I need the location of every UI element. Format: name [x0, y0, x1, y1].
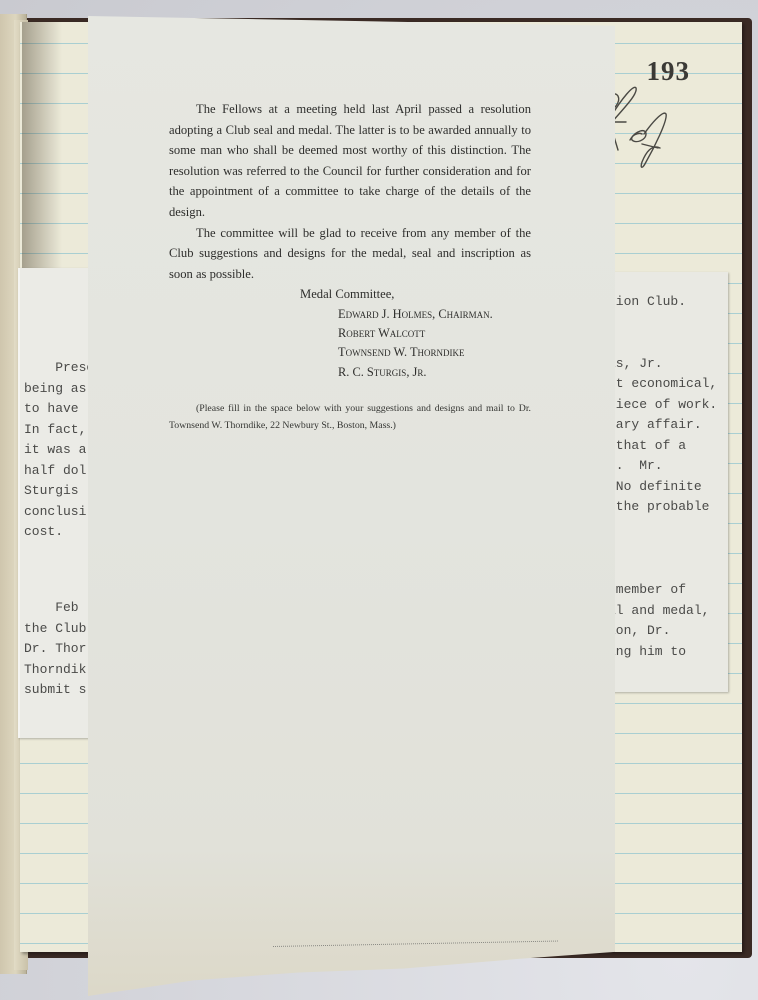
signatory: R. C. Sturgis, Jr.: [338, 363, 531, 382]
signatory: Townsend W. Thorndike: [338, 343, 531, 362]
typed-text-right-2: member of al and medal, ion, Dr. ing him…: [608, 580, 709, 662]
dotted-fill-line: [273, 941, 558, 947]
printed-notice: The Fellows at a meeting held last April…: [88, 16, 615, 996]
notice-body: The Fellows at a meeting held last April…: [169, 99, 531, 435]
typed-text-right: nion Club. is, Jr. st economical, piece …: [608, 292, 717, 518]
signatory: Edward J. Holmes, Chairman.: [338, 305, 531, 324]
page-shadow: [22, 22, 62, 272]
notice-paragraph-2: The committee will be glad to receive fr…: [169, 223, 531, 285]
signatory: Robert Walcott: [338, 324, 531, 343]
notice-paragraph-1: The Fellows at a meeting held last April…: [169, 99, 531, 223]
signatories: Edward J. Holmes, Chairman. Robert Walco…: [338, 305, 531, 382]
instructions: (Please fill in the space below with you…: [169, 400, 531, 435]
signoff: Medal Committee,: [300, 284, 531, 305]
